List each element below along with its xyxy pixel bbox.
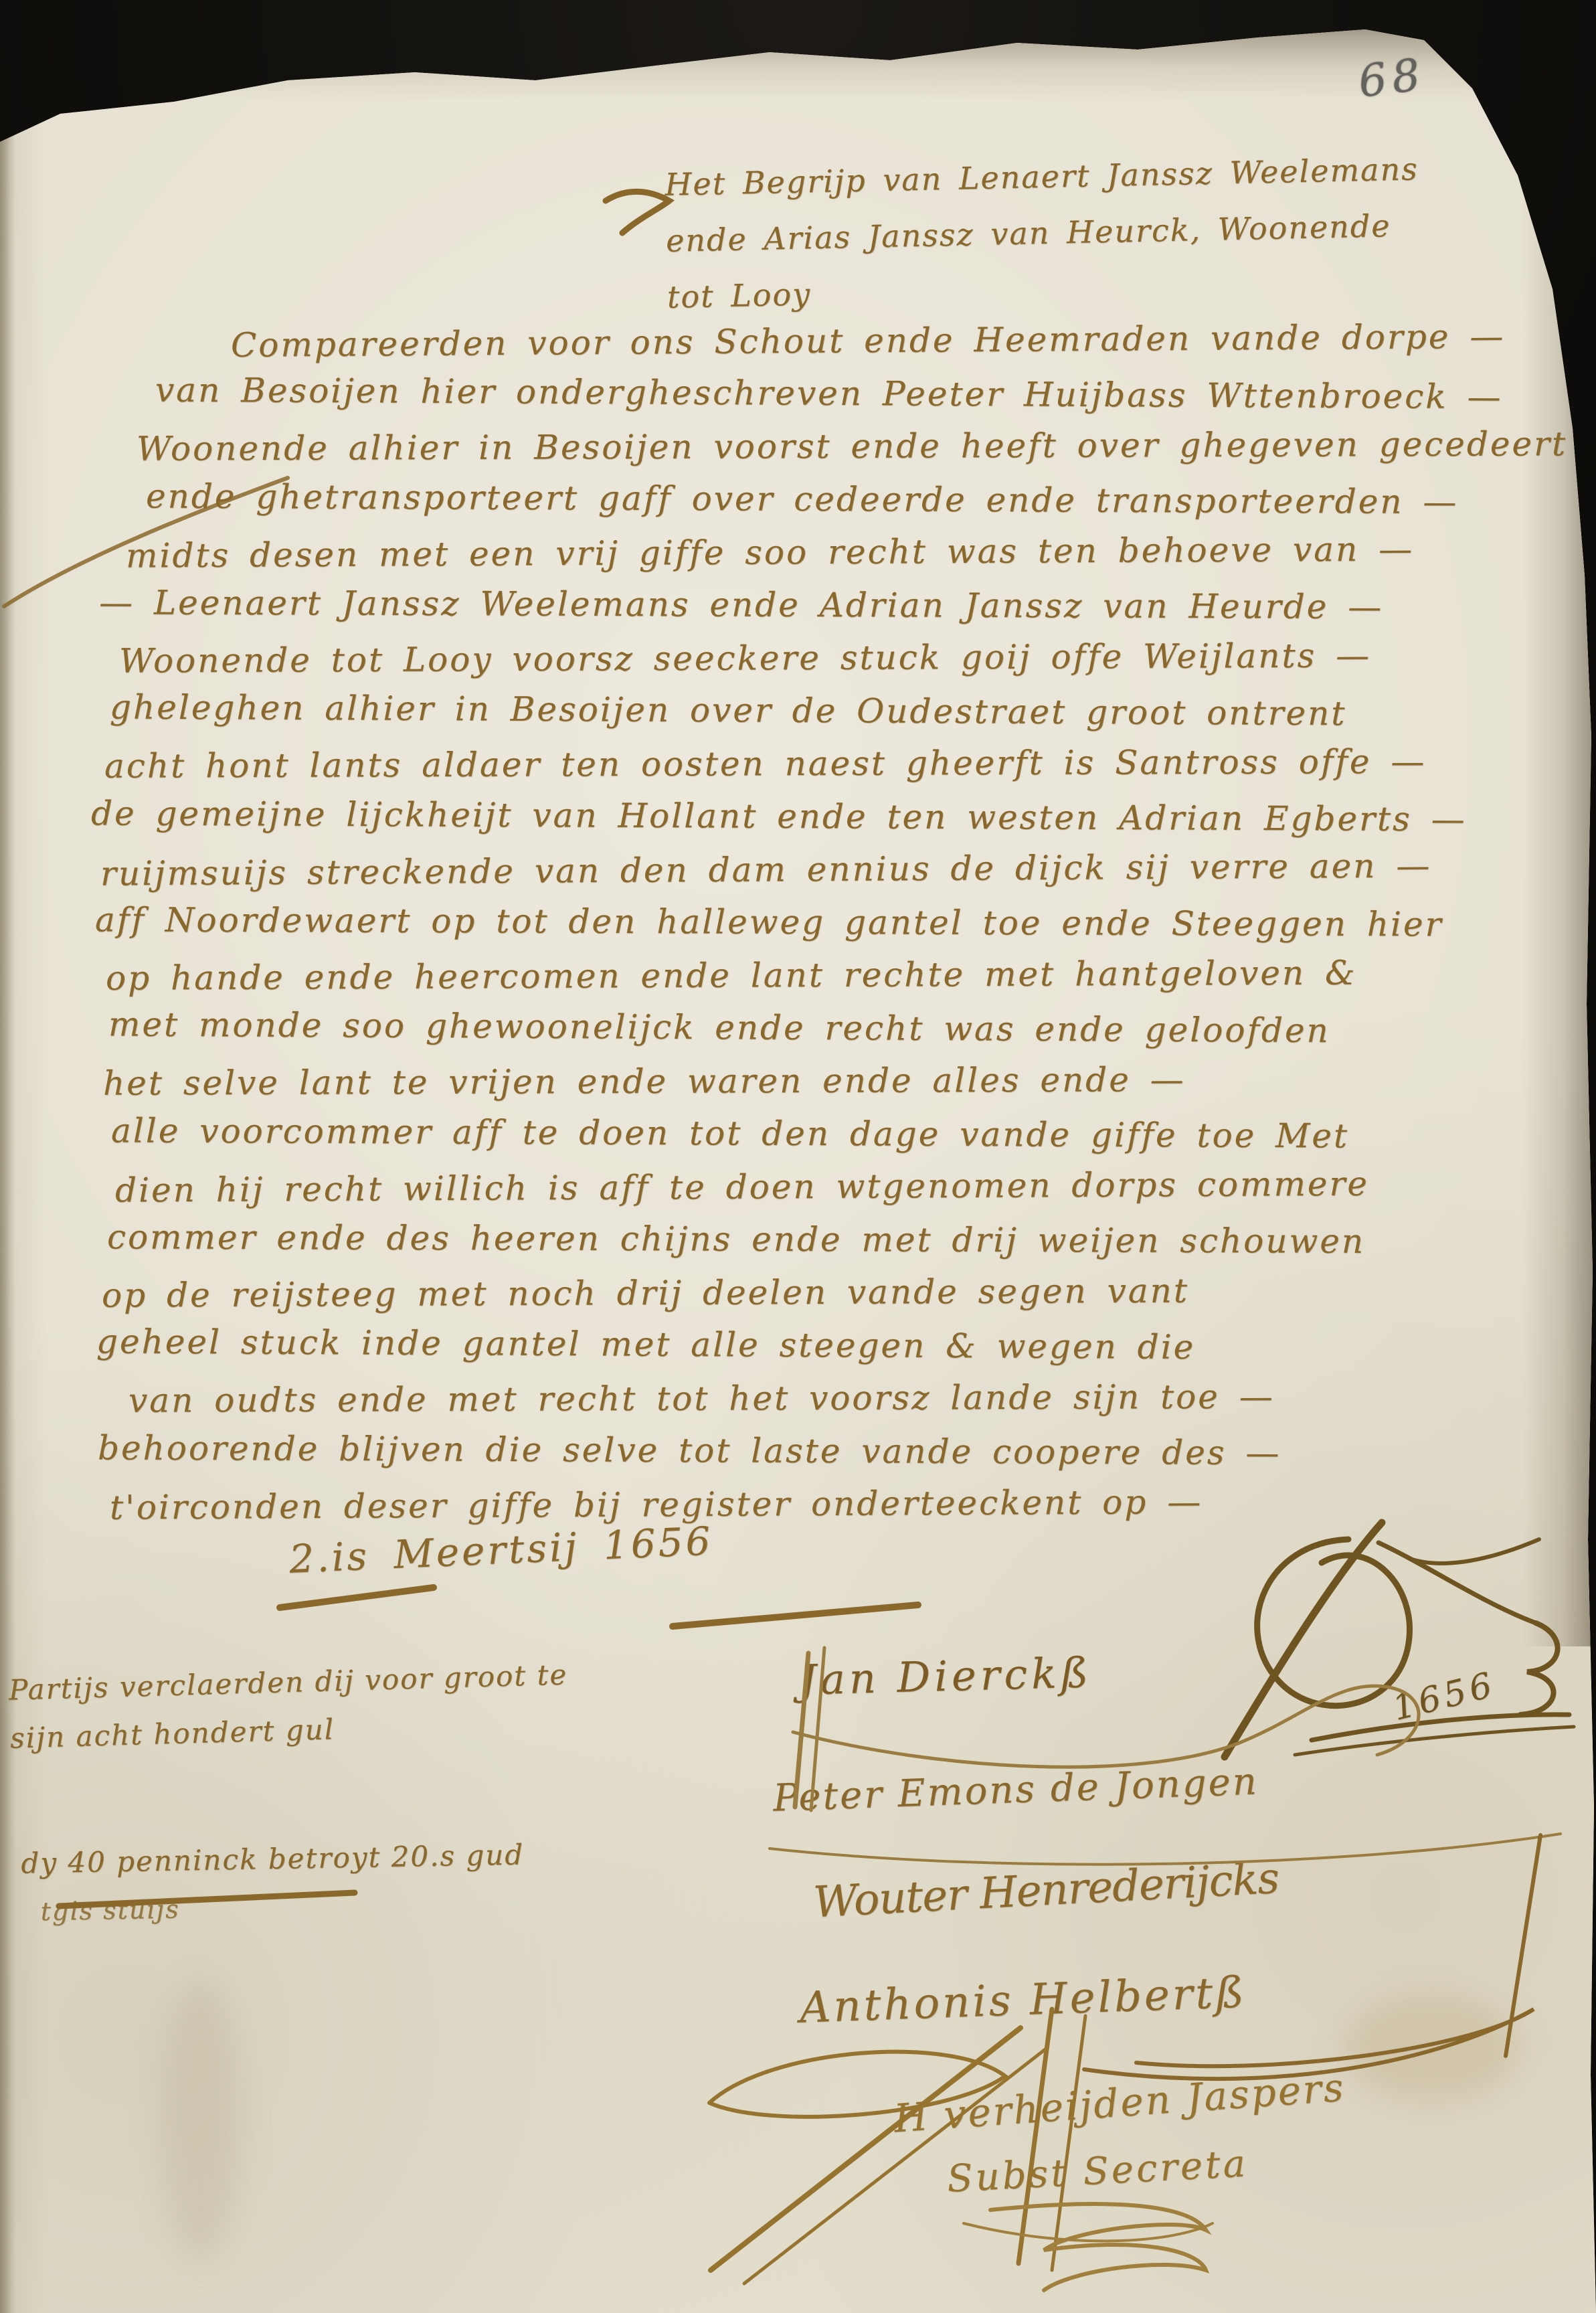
manuscript-line: aff Noordewaert op tot den halleweg gant… xyxy=(95,893,1532,951)
date-underline-right xyxy=(673,1605,918,1626)
heading-opening-dash xyxy=(606,191,669,233)
manuscript-line: — Leenaert Janssz Weelemans ende Adrian … xyxy=(99,576,1532,634)
date-underline-left xyxy=(280,1588,434,1608)
signature-wouter-henrederijcks: Wouter Henrederijcks xyxy=(812,1854,1280,1927)
jaspers-crossing-flourish xyxy=(709,2009,1085,2284)
manuscript-line: ende ghetransporteert gaff over cedeerde… xyxy=(146,470,1532,529)
manuscript-line: Woonende tot Looy voorsz seeckere stuck … xyxy=(119,628,1532,687)
manuscript-line: ruijmsuijs streckende van den dam ennius… xyxy=(100,839,1532,900)
margin-note-line: dy 40 penninck betroyt 20.s gud xyxy=(21,1830,525,1887)
manuscript-line: op de reijsteeg met noch drij deelen van… xyxy=(102,1263,1532,1322)
wouter-descender xyxy=(1506,1835,1540,2056)
manuscript-line: van Besoijen hier ondergheschreven Peete… xyxy=(155,364,1532,424)
manuscript-line: op hande ende heercomen ende lant rechte… xyxy=(106,946,1532,1005)
signature-anthonis-helberts: Anthonis Helbertß xyxy=(799,1968,1247,2033)
manuscript-line: gheleghen alhier in Besoijen over de Oud… xyxy=(110,681,1532,741)
manuscript-line: met monde soo ghewoonelijck ende recht w… xyxy=(108,998,1532,1058)
signature-peter-emons-de-jongen: Peter Emons de Jongen xyxy=(772,1760,1259,1820)
folio-number: 68 xyxy=(1356,48,1429,108)
margin-note-line: tgis stuijs xyxy=(40,1879,525,1936)
manuscript-line: dien hij recht willich is aff te doen wt… xyxy=(115,1156,1532,1217)
manuscript-line: het selve lant te vrijen ende waren ende… xyxy=(103,1052,1532,1110)
torn-top-edge xyxy=(0,0,1596,100)
margin-note-40th-penny-tax: dy 40 penninck betroyt 20.s gudtgis stui… xyxy=(21,1830,525,1936)
manuscript-line: midts desen met een vrij giffe soo recht… xyxy=(126,522,1532,582)
manuscript-line: acht hont lants aldaer ten oosten naest … xyxy=(104,735,1532,792)
signature-verheijden-jaspers: H verheijden Jaspers xyxy=(892,2065,1346,2142)
manuscript-line: t'oirconden deser giffe bij register ond… xyxy=(110,1474,1532,1534)
paper-page: 68 Het Begrijp van Lenaert Janssz Weelem… xyxy=(0,0,1596,2313)
secretary-tail-flourish xyxy=(964,2204,1213,2290)
manuscript-line: van oudts ende met recht tot het voorsz … xyxy=(128,1369,1532,1427)
paraph-year: 1656 xyxy=(1389,1664,1500,1729)
deed-heading: Het Begrijp van Lenaert Janssz Weelemans… xyxy=(664,141,1421,325)
manuscript-line: Compareerden voor ons Schout ende Heemra… xyxy=(231,310,1533,372)
manuscript-line: Woonende alhier in Besoijen voorst ende … xyxy=(137,418,1532,475)
margin-note-value-declaration: Partijs verclaerden dij voor groot tesij… xyxy=(8,1650,569,1762)
signature-jan-dierck: Jan Dierckß xyxy=(799,1648,1093,1704)
paper-stain xyxy=(161,1981,241,2262)
photographed-manuscript: 68 Het Begrijp van Lenaert Janssz Weelem… xyxy=(0,0,1596,2313)
torn-right-edge xyxy=(1522,40,1596,1646)
manuscript-line: commer ende des heeren chijns ende met d… xyxy=(107,1211,1532,1268)
manuscript-line: geheel stuck inde gantel met alle steege… xyxy=(96,1315,1532,1375)
manuscript-line: alle voorcommer aff te doen tot den dage… xyxy=(111,1104,1532,1163)
deed-body-text: Compareerden voor ons Schout ende Heemra… xyxy=(114,315,1532,1531)
signature-substitute-secretary-title: Subst Secreta xyxy=(946,2142,1249,2201)
left-page-fold-shadow xyxy=(0,107,17,2313)
paper-stain xyxy=(1345,1994,1519,2102)
manuscript-line: behoorende blijven die selve tot laste v… xyxy=(98,1422,1532,1480)
manuscript-line: de gemeijne lijckheijt van Hollant ende … xyxy=(91,787,1532,846)
